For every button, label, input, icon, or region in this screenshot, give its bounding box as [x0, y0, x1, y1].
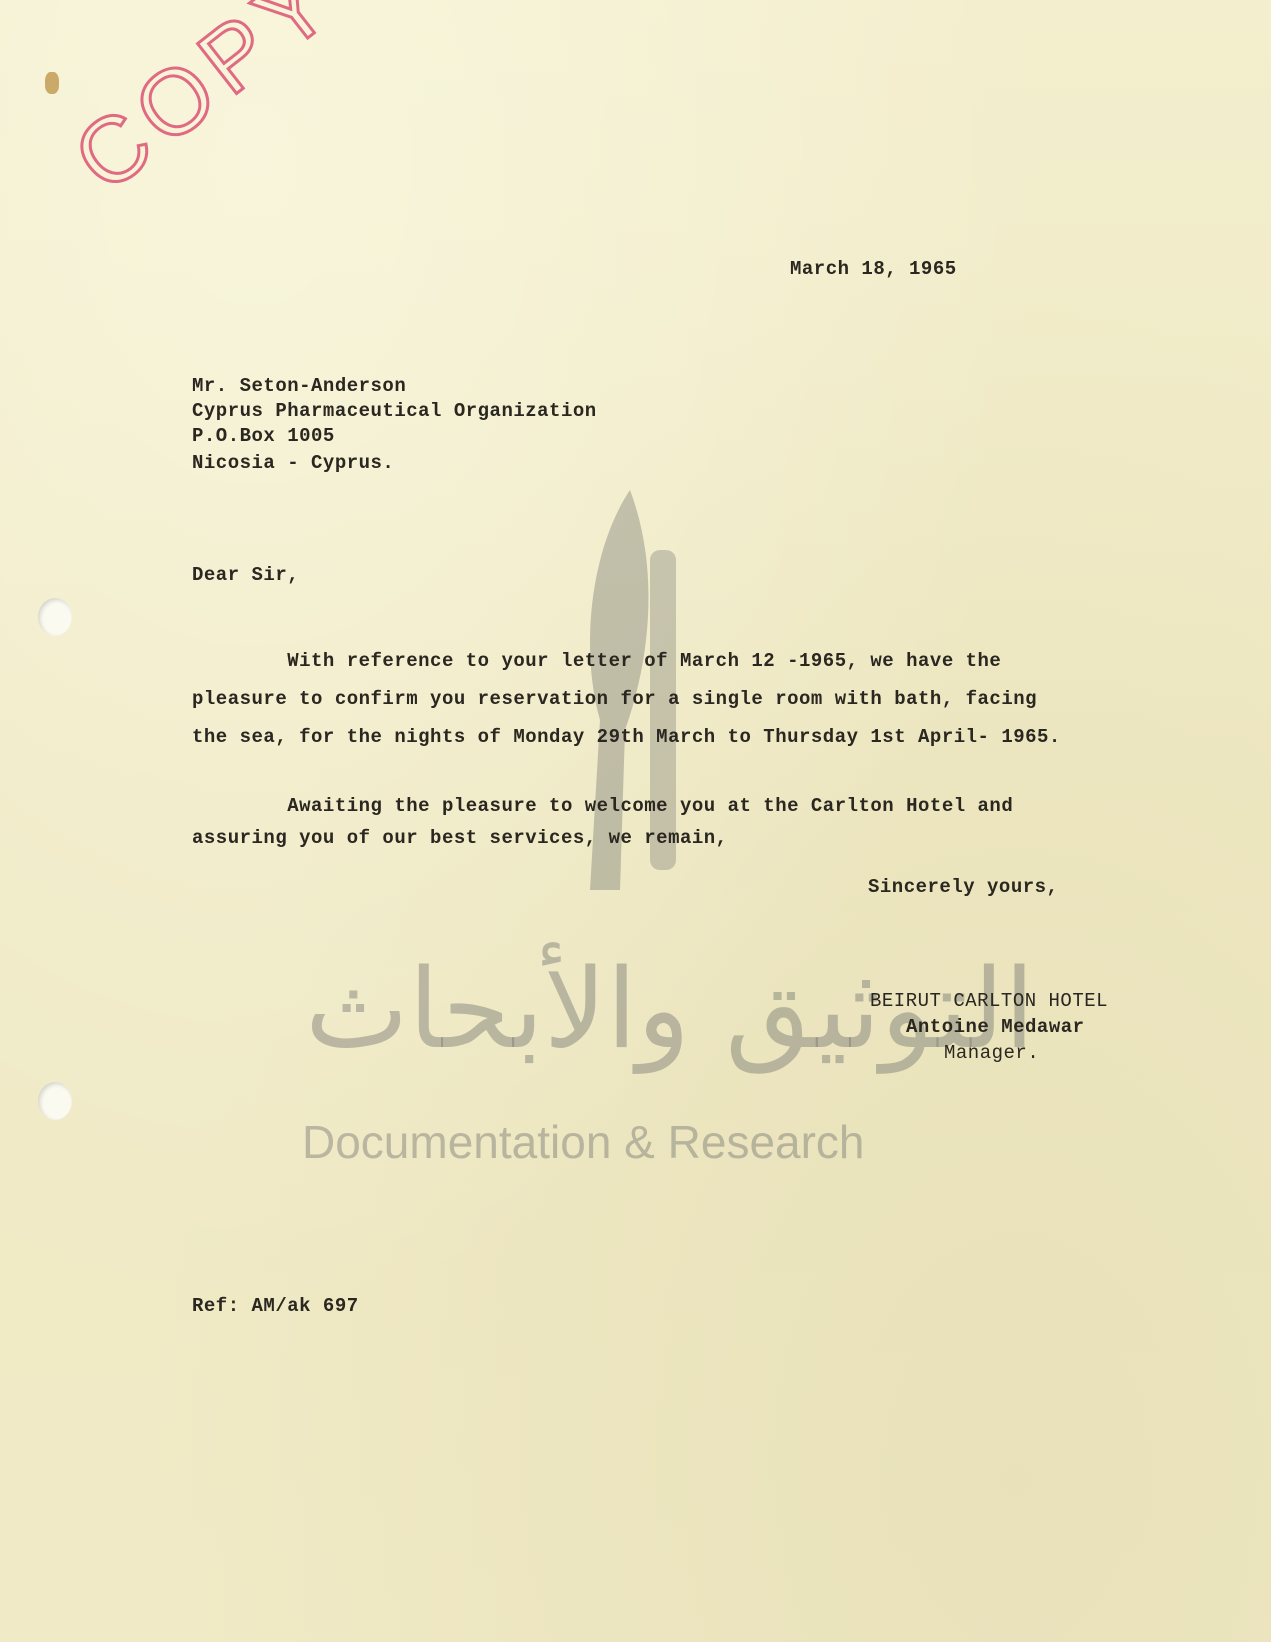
salutation: Dear Sir,: [192, 564, 299, 586]
punch-hole: [38, 598, 72, 636]
body-line: pleasure to confirm you reservation for …: [192, 688, 1037, 710]
recipient-line: Nicosia - Cyprus.: [192, 452, 394, 474]
closing: Sincerely yours,: [868, 876, 1058, 898]
signature-org: BEIRUT CARLTON HOTEL: [870, 990, 1108, 1012]
recipient-line: P.O.Box 1005: [192, 425, 335, 447]
reference-number: Ref: AM/ak 697: [192, 1295, 359, 1317]
watermark-english: Documentation & Research: [302, 1115, 865, 1169]
body-line: With reference to your letter of March 1…: [192, 650, 1001, 672]
letter-date: March 18, 1965: [790, 258, 957, 280]
body-line: assuring you of our best services, we re…: [192, 827, 728, 849]
body-line: Awaiting the pleasure to welcome you at …: [192, 795, 1013, 817]
body-line: the sea, for the nights of Monday 29th M…: [192, 726, 1061, 748]
signature-title: Manager.: [944, 1042, 1039, 1064]
recipient-line: Cyprus Pharmaceutical Organization: [192, 400, 597, 422]
signature-name: Antoine Medawar: [906, 1016, 1085, 1038]
recipient-line: Mr. Seton-Anderson: [192, 375, 406, 397]
rust-stain: [45, 72, 59, 94]
punch-hole: [38, 1082, 72, 1120]
